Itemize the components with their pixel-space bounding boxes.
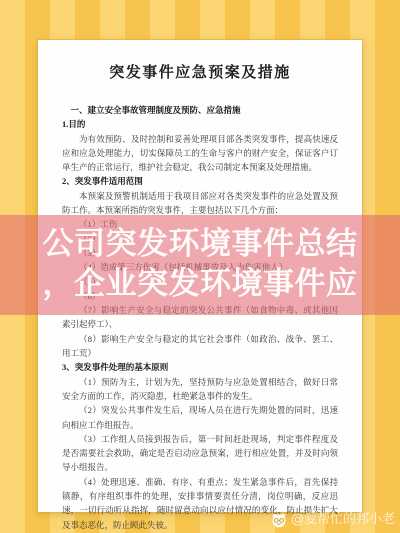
- section-heading-1: 一、建立安全事故管理制度及预防、应急措施: [62, 103, 338, 117]
- subheading-purpose: 1.目的: [62, 117, 338, 131]
- paragraph-purpose: 为有效预防、及时控制和妥善处理项目部各类突发事件，提高快速反应和应急处理能力，切…: [62, 132, 338, 175]
- mascot-face-icon: [270, 511, 288, 529]
- overlay-text-line1: 公司突发环境事件总结: [0, 224, 400, 264]
- list-item-8: （8）影响生产安全与稳定的其它社会事件（如政治、战争、罢工、用工荒）: [62, 332, 338, 361]
- watermark-credit: @爱帮忙的邦小老: [270, 511, 395, 529]
- principle-2: （2）突发公共事件发生后，现场人员在进行先期处置的同时，迅速向相应工作组报告。: [62, 403, 338, 432]
- document-title: 突发事件应急预案及措施: [62, 63, 338, 83]
- watermark-overlay-band: 公司突发环境事件总结 ，企业突发环境事件应: [0, 215, 400, 315]
- overlay-text-line2: ，企业突发环境事件应: [0, 264, 400, 304]
- principle-1: （1）预防为主，计划为先，坚持预防与应急处置相结合，做好日常安全方面的工作，消灭…: [62, 375, 338, 404]
- watermark-handle: @爱帮忙的邦小老: [291, 511, 395, 529]
- subheading-principles: 3、突发事件处理的基本原则: [62, 360, 338, 374]
- subheading-scope: 2、突发事件适用范围: [62, 174, 338, 188]
- paragraph-scope: 本预案及预警机制适用于我项目部应对各类突发事件的应急处置及预防工作。本预案所指的…: [62, 189, 338, 218]
- poster-background: 突发事件应急预案及措施 一、建立安全事故管理制度及预防、应急措施 1.目的 为有…: [0, 0, 400, 533]
- principle-3: （3）工作组人员接到报告后，第一时间赶赴现场，判定事件程度及是否需要社会救助，确…: [62, 432, 338, 475]
